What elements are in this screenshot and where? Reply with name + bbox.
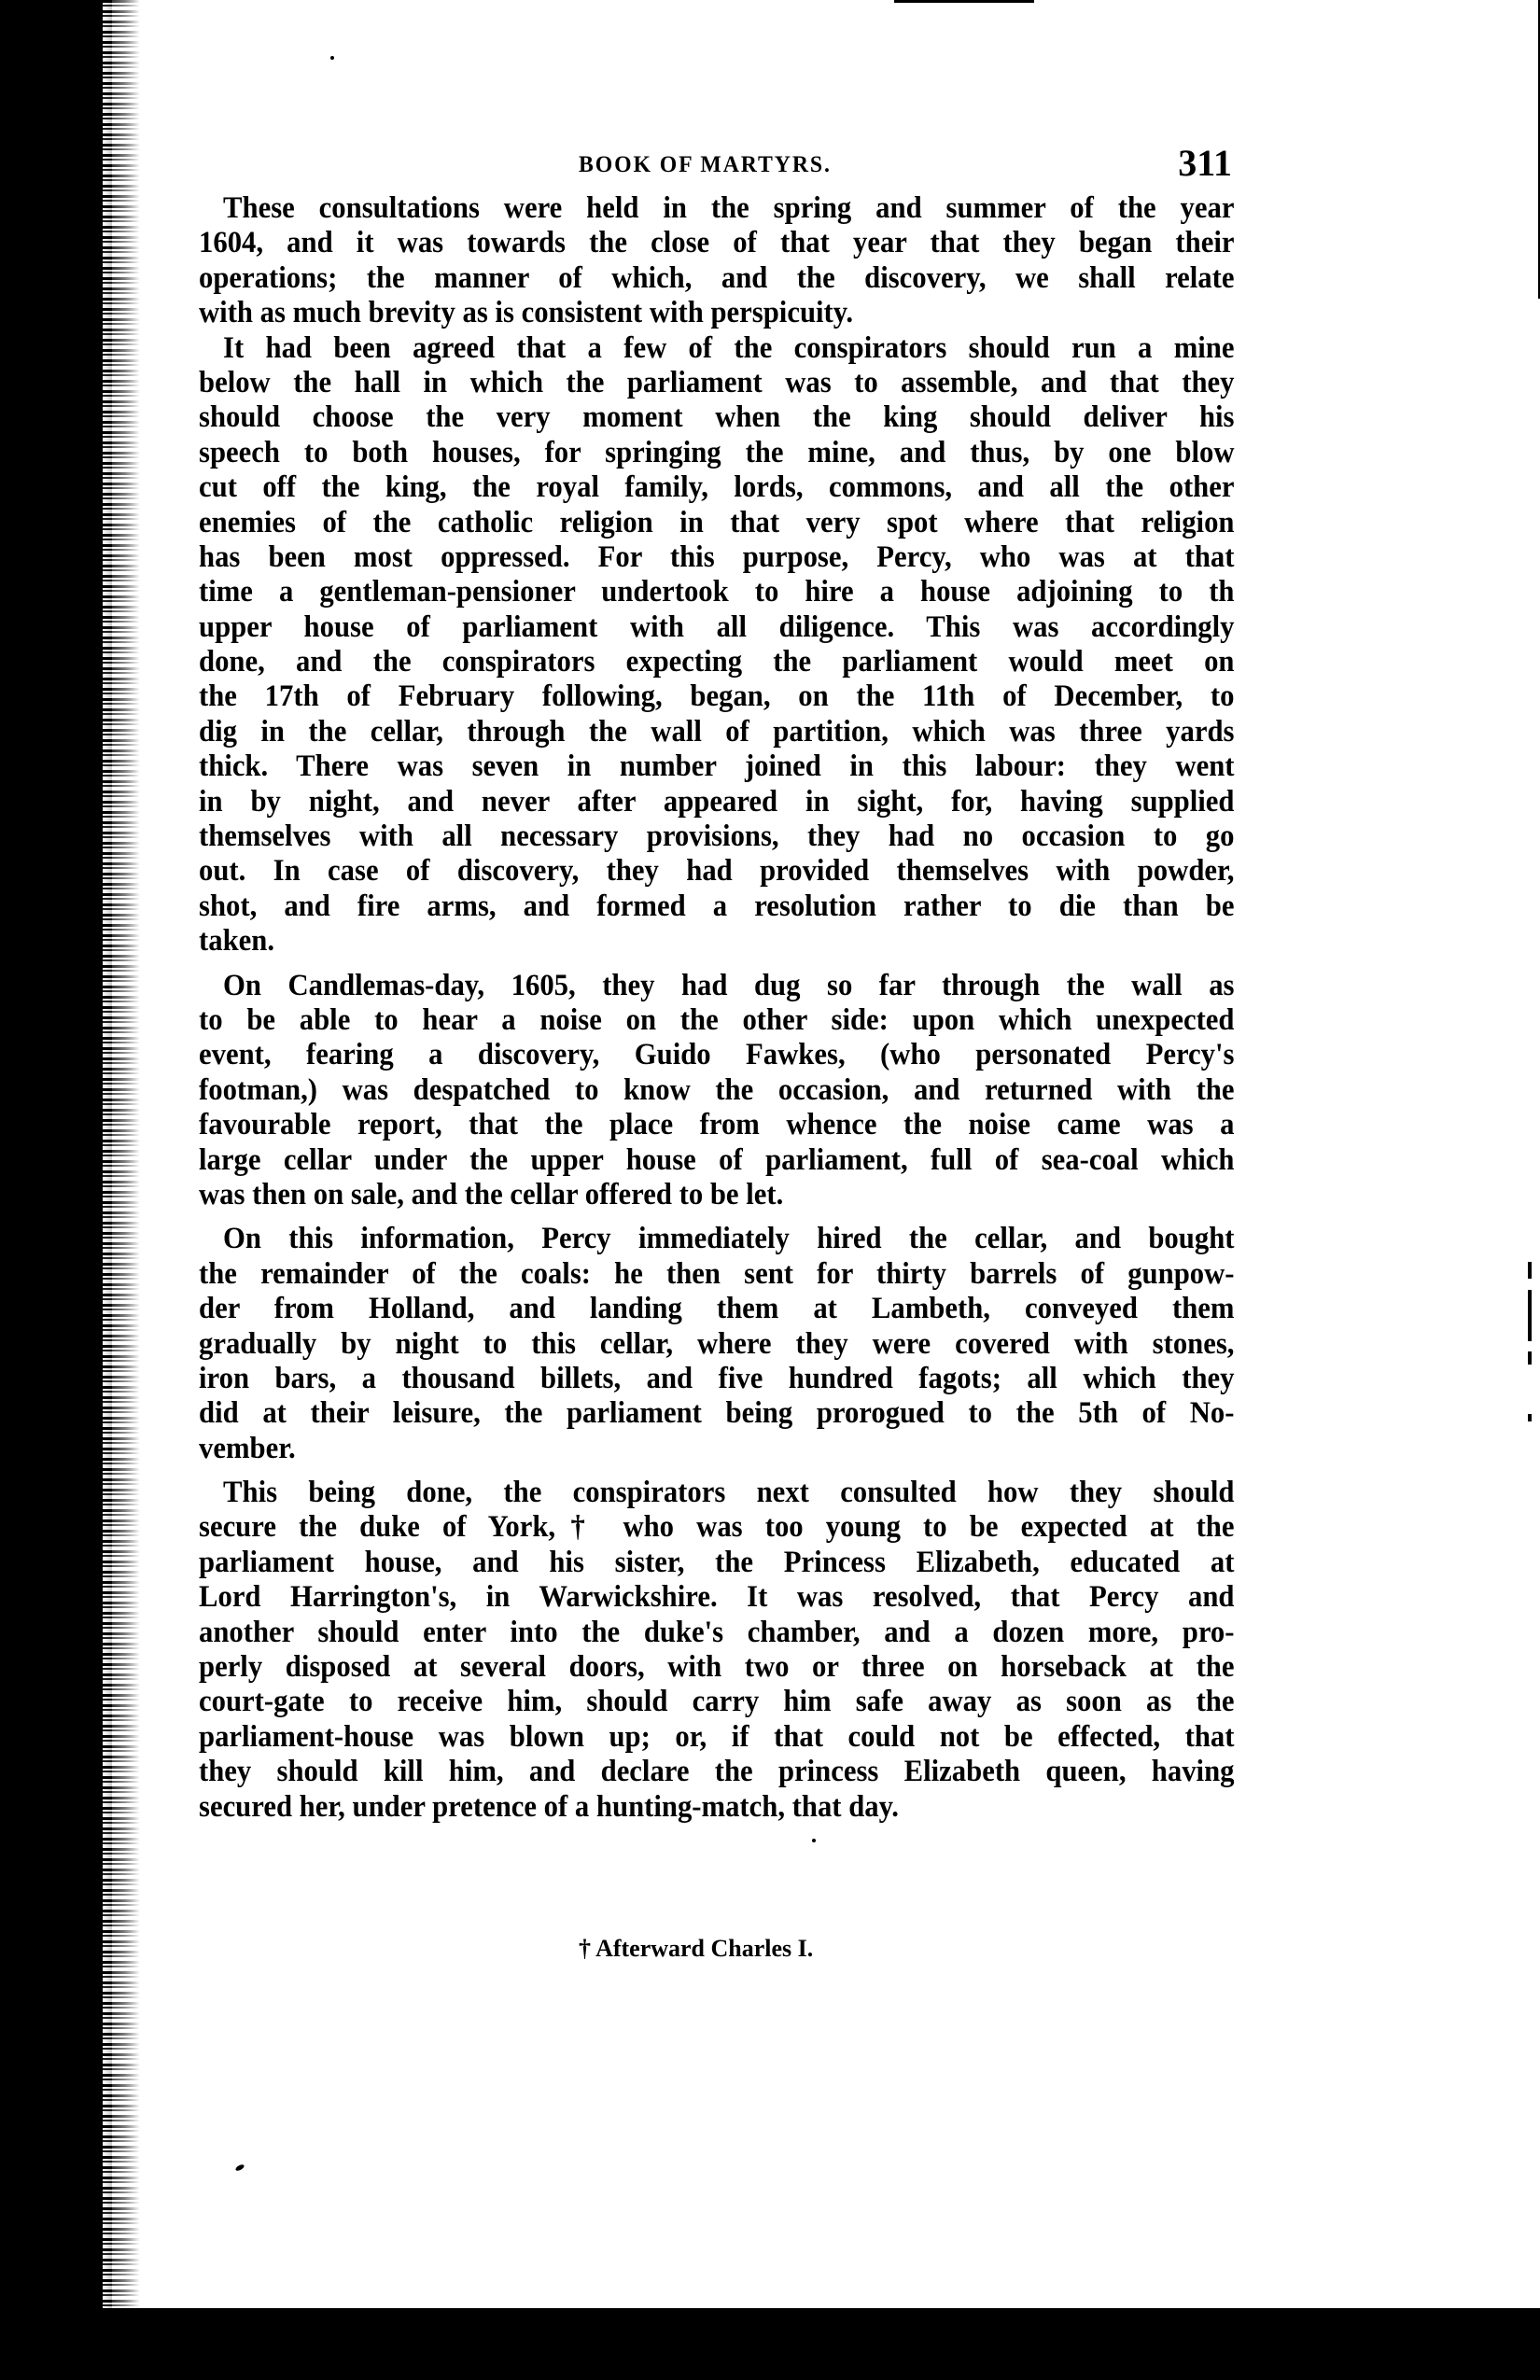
text-line: to be able to hear a noise on the other … xyxy=(199,1003,1234,1038)
text-line: below the hall in which the parliament w… xyxy=(199,366,1234,400)
paragraph: It had been agreed that a few of the con… xyxy=(199,331,1235,959)
text-line: enemies of the catholic religion in that… xyxy=(199,506,1234,540)
scan-speck xyxy=(234,2163,245,2172)
text-line: parliament-house was blown up; or, if th… xyxy=(199,1720,1234,1755)
text-line: taken. xyxy=(199,924,1234,959)
text-line: shot, and fire arms, and formed a resolu… xyxy=(199,889,1234,924)
text-line: On Candlemas-day, 1605, they had dug so … xyxy=(199,969,1234,1003)
paragraph-gap xyxy=(199,959,1235,969)
text-line: another should enter into the duke's cha… xyxy=(199,1616,1234,1650)
text-line: 1604, and it was towards the close of th… xyxy=(199,226,1234,260)
text-line: secure the duke of York,† who was too yo… xyxy=(199,1510,1234,1545)
scan-speck xyxy=(330,56,334,60)
text-line: done, and the conspirators expecting the… xyxy=(199,645,1234,679)
text-line: parliament house, and his sister, the Pr… xyxy=(199,1546,1234,1580)
text-line: time a gentleman-pensioner undertook to … xyxy=(199,575,1234,609)
paragraph: These consultations were held in the spr… xyxy=(199,191,1235,331)
text-line: did at their leisure, the parliament bei… xyxy=(199,1396,1234,1431)
book-spine-shadow xyxy=(0,0,112,2380)
text-line: This being done, the conspirators next c… xyxy=(199,1476,1234,1510)
text-line: footman,) was despatched to know the occ… xyxy=(199,1073,1234,1108)
text-line: cut off the king, the royal family, lord… xyxy=(199,470,1234,505)
scan-bottom-border xyxy=(0,2308,1540,2380)
page-number: 311 xyxy=(1178,141,1232,185)
text-line: upper house of parliament with all dilig… xyxy=(199,610,1234,645)
text-line: favourable report, that the place from w… xyxy=(199,1108,1234,1142)
paragraph-gap xyxy=(199,1466,1235,1476)
margin-mark xyxy=(1528,1414,1532,1421)
text-line: secured her, under pretence of a hunting… xyxy=(199,1790,1234,1825)
text-line: On this information, Percy immediately h… xyxy=(199,1222,1234,1256)
footnote: † Afterward Charles I. xyxy=(579,1935,813,1963)
text-line: speech to both houses, for springing the… xyxy=(199,436,1234,470)
margin-mark xyxy=(1528,1351,1532,1365)
text-line: vember. xyxy=(199,1432,1234,1466)
text-line: gradually by night to this cellar, where… xyxy=(199,1327,1234,1362)
text-line: event, fearing a discovery, Guido Fawkes… xyxy=(199,1038,1234,1072)
body-text: These consultations were held in the spr… xyxy=(199,191,1235,1825)
text-line: has been most oppressed. For this purpos… xyxy=(199,540,1234,575)
text-line: iron bars, a thousand billets, and five … xyxy=(199,1362,1234,1396)
margin-mark xyxy=(1528,1290,1532,1341)
book-spine-edge xyxy=(103,0,140,2380)
text-line: large cellar under the upper house of pa… xyxy=(199,1143,1234,1178)
text-line: thick. There was seven in number joined … xyxy=(199,749,1234,784)
paragraph: This being done, the conspirators next c… xyxy=(199,1476,1235,1825)
text-line: in by night, and never after appeared in… xyxy=(199,785,1234,819)
text-line: should choose the very moment when the k… xyxy=(199,400,1234,435)
text-line: Lord Harrington's, in Warwickshire. It w… xyxy=(199,1580,1234,1615)
paragraph-gap xyxy=(199,1212,1235,1222)
text-line: the remainder of the coals: he then sent… xyxy=(199,1257,1234,1292)
margin-mark xyxy=(1528,1262,1532,1279)
scan-speck xyxy=(812,1839,816,1842)
text-line: perly disposed at several doors, with tw… xyxy=(199,1650,1234,1685)
paragraph: On Candlemas-day, 1605, they had dug so … xyxy=(199,969,1235,1213)
text-line: It had been agreed that a few of the con… xyxy=(199,331,1234,366)
text-line: was then on sale, and the cellar offered… xyxy=(199,1178,1234,1212)
text-line: with as much brevity as is consistent wi… xyxy=(199,296,1234,330)
text-line: they should kill him, and declare the pr… xyxy=(199,1755,1234,1789)
text-line: the 17th of February following, began, o… xyxy=(199,679,1234,714)
text-line: These consultations were held in the spr… xyxy=(199,191,1234,226)
running-head: BOOK OF MARTYRS. xyxy=(579,152,832,178)
text-line: dig in the cellar, through the wall of p… xyxy=(199,715,1234,749)
text-line: operations; the manner of which, and the… xyxy=(199,261,1234,296)
paragraph: On this information, Percy immediately h… xyxy=(199,1222,1235,1466)
text-line: themselves with all necessary provisions… xyxy=(199,819,1234,854)
text-line: der from Holland, and landing them at La… xyxy=(199,1292,1234,1326)
text-line: court-gate to receive him, should carry … xyxy=(199,1685,1234,1719)
text-line: out. In case of discovery, they had prov… xyxy=(199,854,1234,889)
page-header: BOOK OF MARTYRS. 311 xyxy=(215,145,1232,182)
scan-top-mark xyxy=(894,0,1034,3)
